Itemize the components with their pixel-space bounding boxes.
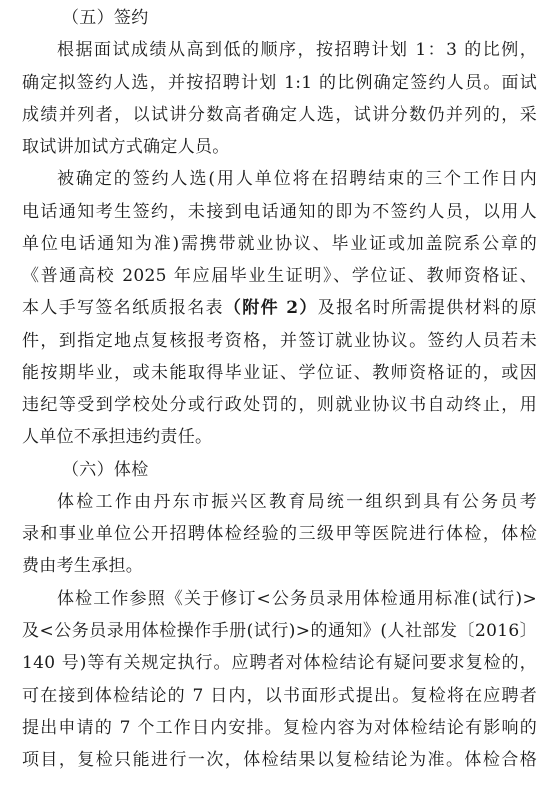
paragraph-line: 费由考生承担。: [22, 550, 537, 582]
text-segment: 本人手写签名纸质报名表: [22, 298, 224, 318]
paragraph-line: 项目，复检只能进行一次，体检结果以复检结论为准。体检合格: [22, 744, 537, 776]
paragraph-line: 成绩并列者，以试讲分数高者确定人选，试讲分数仍并列的，采: [22, 99, 537, 131]
paragraph-line: 体检工作参照《关于修订<公务员录用体检通用标准(试行)>: [57, 583, 537, 615]
paragraph-line: 人单位不承担违约责任。: [22, 421, 537, 453]
paragraph-line: 可在接到体检结论的 7 日内，以书面形式提出。复检将在应聘者: [22, 680, 537, 712]
paragraph-line: 《普通高校 2025 年应届毕业生证明》、学位证、教师资格证、: [22, 260, 537, 292]
paragraph-line: 电话通知考生签约，未接到电话通知的即为不签约人员，以用人: [22, 196, 537, 228]
paragraph-line: 140 号)等有关规定执行。应聘者对体检结论有疑问要求复检的，: [22, 647, 537, 679]
text-segment: 及报名时所需提供材料的原: [318, 298, 537, 318]
paragraph-line: 取试讲加试方式确定人员。: [22, 131, 537, 163]
paragraph-line: 及<公务员录用体检操作手册(试行)>的通知》(人社部发〔2016〕: [22, 615, 537, 647]
paragraph-line: 录和事业单位公开招聘体检经验的三级甲等医院进行体检，体检: [22, 518, 537, 550]
paragraph-line: 件，到指定地点复核报考资格，并签订就业协议。签约人员若未: [22, 325, 537, 357]
paragraph-line: 单位电话通知为准)需携带就业协议、毕业证或加盖院系公章的: [22, 228, 537, 260]
paragraph-line: 违纪等受到学校处分或行政处罚的，则就业协议书自动终止，用: [22, 389, 537, 421]
paragraph-line: 确定拟签约人选，并按招聘计划 1:1 的比例确定签约人员。面试: [22, 67, 537, 99]
paragraph-line: 能按期毕业，或未能取得毕业证、学位证、教师资格证的，或因: [22, 357, 537, 389]
paragraph-line: 体检工作由丹东市振兴区教育局统一组织到具有公务员考: [57, 486, 537, 518]
attachment-reference: （附件 2）: [224, 298, 318, 318]
section-heading-physical-exam: （六）体检: [62, 454, 362, 486]
paragraph-line: 提出申请的 7 个工作日内安排。复检内容为对体检结论有影响的: [22, 712, 537, 744]
paragraph-line: 根据面试成绩从高到低的顺序，按招聘计划 1：3 的比例，: [57, 34, 537, 66]
section-heading-signing: （五）签约: [62, 2, 362, 34]
paragraph-line: 被确定的签约人选(用人单位将在招聘结束的三个工作日内: [57, 163, 537, 195]
document-page: （五）签约 根据面试成绩从高到低的顺序，按招聘计划 1：3 的比例， 确定拟签约…: [0, 0, 551, 794]
paragraph-line-with-attachment: 本人手写签名纸质报名表（附件 2）及报名时所需提供材料的原: [22, 292, 537, 324]
